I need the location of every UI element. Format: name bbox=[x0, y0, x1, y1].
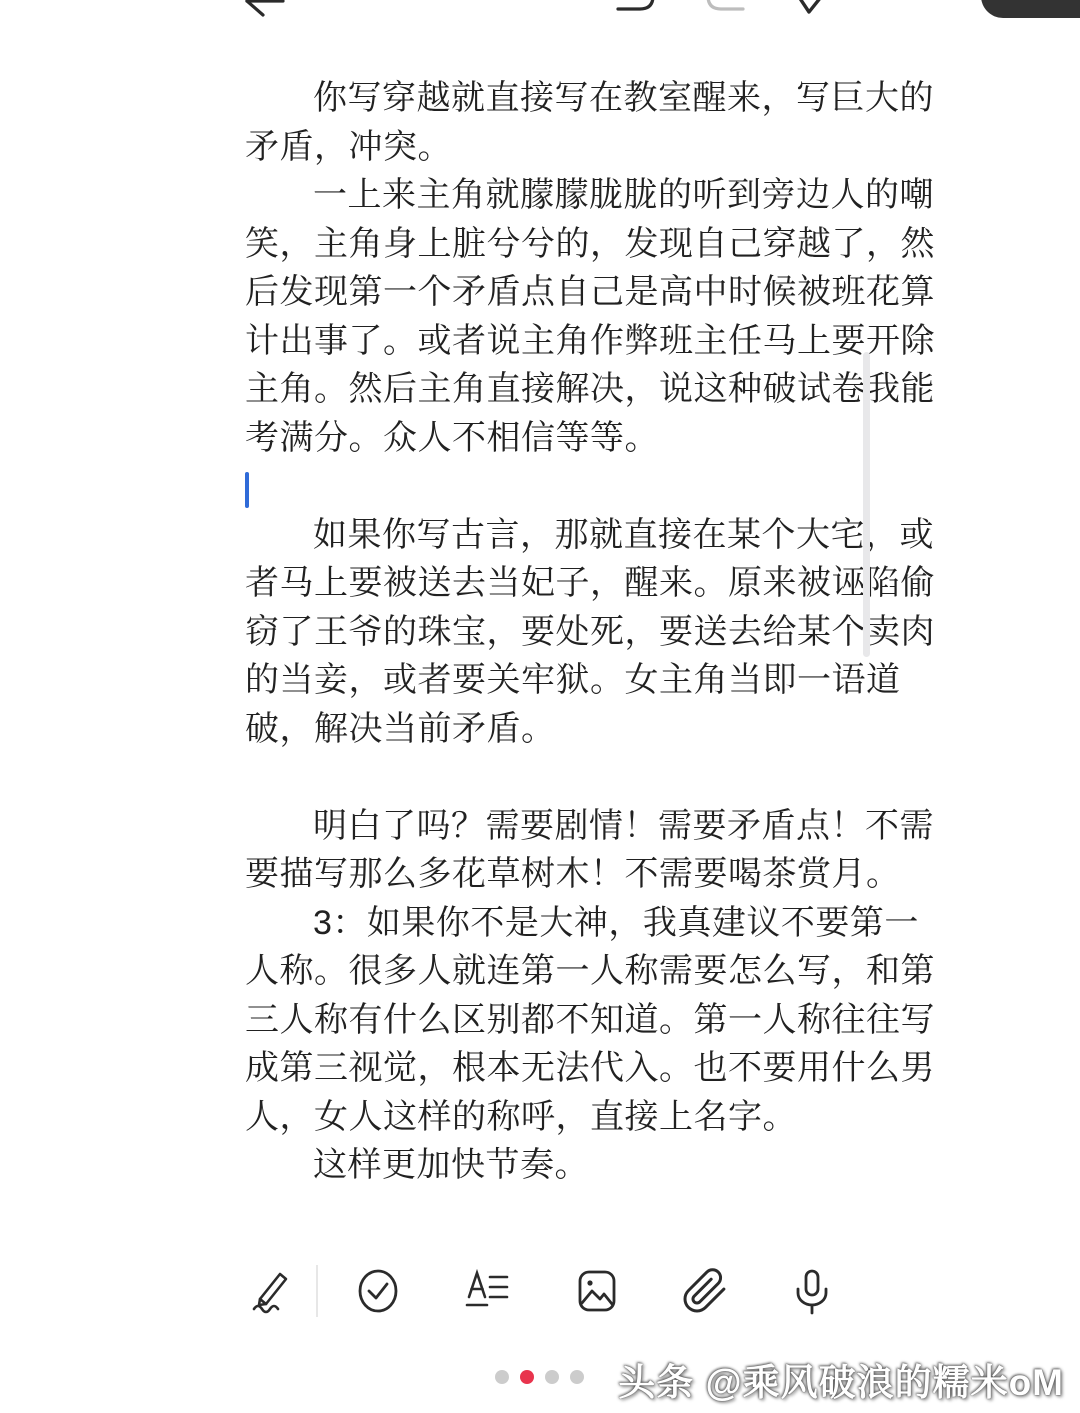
scrollbar-thumb[interactable] bbox=[863, 352, 870, 657]
note-line: 破，解决当前矛盾。 bbox=[245, 705, 849, 754]
note-line bbox=[245, 462, 849, 511]
note-line: 一上来主角就朦朦胧胧的听到旁边人的嘲 bbox=[245, 171, 849, 220]
pagination-dot[interactable] bbox=[545, 1370, 559, 1384]
note-line: 人称。很多人就连第一人称需要怎么写，和第 bbox=[245, 947, 849, 996]
notes-app-screen: 你写穿越就直接写在教室醒来，写巨大的矛盾，冲突。一上来主角就朦朦胧胧的听到旁边人… bbox=[0, 0, 1080, 1413]
note-line: 后发现第一个矛盾点自己是高中时候被班花算 bbox=[245, 268, 849, 317]
note-line: 者马上要被送去当妃子，醒来。原来被诬陷偷 bbox=[245, 559, 849, 608]
voice-input-icon[interactable] bbox=[788, 1267, 836, 1315]
note-line: 如果你写古言，那就直接在某个大宅，或 bbox=[245, 511, 849, 560]
attachment-icon[interactable] bbox=[681, 1267, 729, 1315]
undo-icon[interactable] bbox=[613, 0, 659, 16]
toolbar-divider bbox=[316, 1265, 318, 1317]
note-line: 矛盾，冲突。 bbox=[245, 123, 849, 172]
note-line: 明白了吗？需要剧情！需要矛盾点！不需 bbox=[245, 802, 849, 851]
text-cursor bbox=[245, 472, 249, 508]
note-line: 人，女人这样的称呼，直接上名字。 bbox=[245, 1093, 849, 1142]
back-icon[interactable] bbox=[242, 0, 286, 18]
note-line: 3：如果你不是大神，我真建议不要第一 bbox=[245, 899, 849, 948]
pagination-dot-active[interactable] bbox=[520, 1370, 534, 1384]
bottom-toolbar bbox=[0, 1263, 1080, 1321]
note-line: 主角。然后主角直接解决，说这种破试卷我能 bbox=[245, 365, 849, 414]
note-line: 你写穿越就直接写在教室醒来，写巨大的 bbox=[245, 74, 849, 123]
note-line: 计出事了。或者说主角作弊班主任马上要开除 bbox=[245, 317, 849, 366]
text-format-icon[interactable] bbox=[463, 1267, 511, 1315]
note-line: 三人称有什么区别都不知道。第一人称往往写 bbox=[245, 996, 849, 1045]
pagination-dot[interactable] bbox=[570, 1370, 584, 1384]
watermark-text: 头条 @乘风破浪的糯米oM bbox=[618, 1352, 1064, 1406]
note-body[interactable]: 你写穿越就直接写在教室醒来，写巨大的矛盾，冲突。一上来主角就朦朦胧胧的听到旁边人… bbox=[245, 74, 849, 1190]
note-line: 考满分。众人不相信等等。 bbox=[245, 414, 849, 463]
note-line: 要描写那么多花草树木！不需要喝茶赏月。 bbox=[245, 850, 849, 899]
handwriting-pen-icon[interactable] bbox=[248, 1267, 296, 1315]
confirm-check-icon[interactable] bbox=[793, 0, 833, 17]
insert-image-icon[interactable] bbox=[573, 1267, 621, 1315]
pagination-dots[interactable] bbox=[495, 1370, 584, 1385]
note-line: 窃了王爷的珠宝，要处死，要送去给某个卖肉 bbox=[245, 608, 849, 657]
redo-icon bbox=[702, 0, 748, 16]
note-line: 成第三视觉，根本无法代入。也不要用什么男 bbox=[245, 1044, 849, 1093]
todo-checklist-icon[interactable] bbox=[354, 1267, 402, 1315]
status-blob bbox=[981, 0, 1080, 18]
note-line: 笑，主角身上脏兮兮的，发现自己穿越了，然 bbox=[245, 220, 849, 269]
note-line bbox=[245, 753, 849, 802]
note-line: 这样更加快节奏。 bbox=[245, 1141, 849, 1190]
note-line: 的当妾，或者要关牢狱。女主角当即一语道 bbox=[245, 656, 849, 705]
pagination-dot[interactable] bbox=[495, 1370, 509, 1384]
